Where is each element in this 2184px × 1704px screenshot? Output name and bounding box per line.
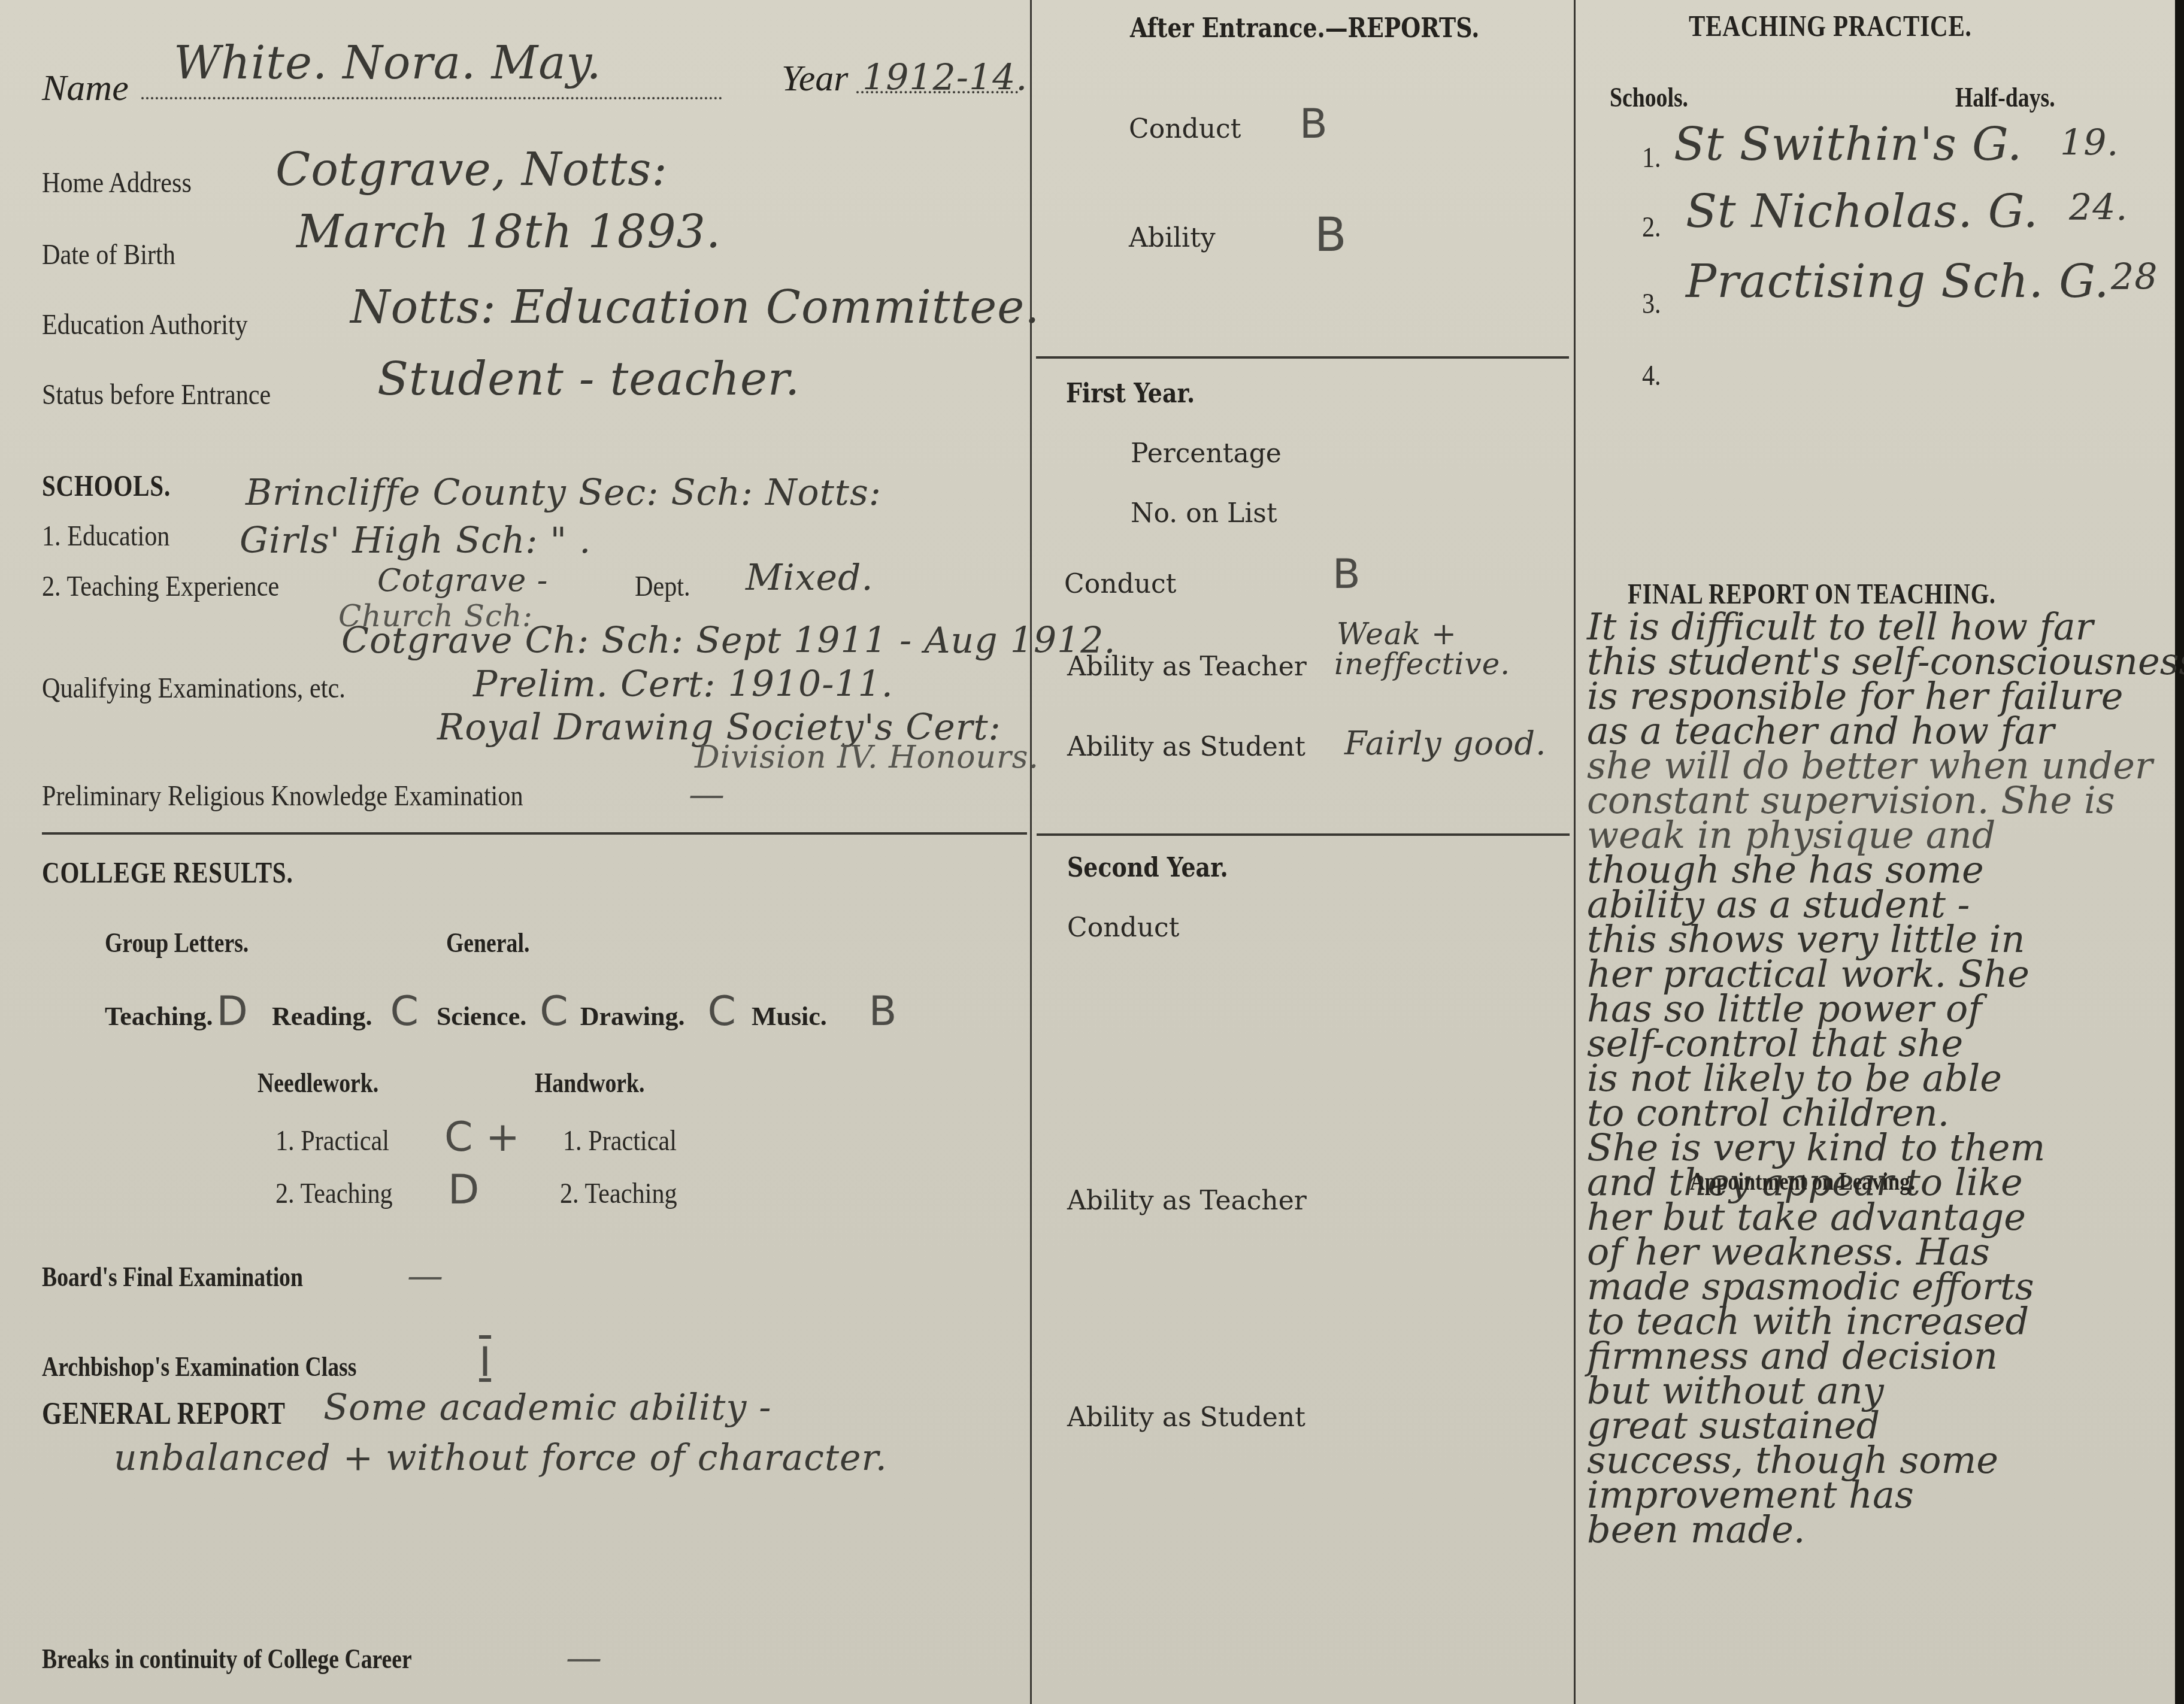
education-authority-label: Education Authority xyxy=(42,308,248,341)
practice-entry-number: 1. xyxy=(1642,141,1661,174)
practice-entry-half-days[interactable]: 24. xyxy=(2069,187,2128,229)
subject-music-grade[interactable]: B xyxy=(869,988,897,1035)
dept-value[interactable]: Mixed. xyxy=(746,557,873,599)
education-authority-value[interactable]: Notts: Education Committee. xyxy=(350,280,1040,333)
qualifying-value-line3[interactable]: Division IV. Honours. xyxy=(695,739,1039,775)
archbishop-exam-label: Archbishop's Examination Class xyxy=(42,1351,356,1382)
second-year-conduct-label: Conduct xyxy=(1067,912,1179,943)
subject-science-grade[interactable]: C xyxy=(540,988,568,1035)
subject-teaching-label: Teaching. xyxy=(105,1001,213,1032)
home-address-value[interactable]: Cotgrave, Notts: xyxy=(275,142,668,196)
qualifying-label: Qualifying Examinations, etc. xyxy=(42,672,346,705)
half-days-column-label: Half-days. xyxy=(1955,81,2055,113)
practice-entry-number: 4. xyxy=(1642,359,1661,392)
practice-entry-half-days[interactable]: 28 xyxy=(2111,256,2158,298)
name-label: Name xyxy=(42,67,129,110)
breaks-label: Breaks in continuity of College Career xyxy=(42,1643,412,1675)
subject-reading-label: Reading. xyxy=(272,1001,372,1032)
home-address-label: Home Address xyxy=(42,166,192,199)
name-field-line xyxy=(141,96,722,99)
first-year-conduct-label: Conduct xyxy=(1064,569,1176,599)
needlework-practical-grade[interactable]: C + xyxy=(444,1114,520,1161)
first-year-conduct-value[interactable]: B xyxy=(1332,551,1361,598)
second-year-heading: Second Year. xyxy=(1067,853,1228,883)
needlework-label: Needlework. xyxy=(258,1067,378,1099)
dept-label: Dept. xyxy=(635,570,690,603)
practice-entry-school[interactable]: Practising Sch. G. xyxy=(1686,254,2109,308)
second-year-ability-teacher-label: Ability as Teacher xyxy=(1067,1185,1307,1216)
entrance-ability-value[interactable]: B xyxy=(1314,208,1347,262)
schools-column-label: Schools. xyxy=(1610,81,1688,113)
subject-drawing-grade[interactable]: C xyxy=(707,988,735,1035)
needlework-teaching-label: 2. Teaching xyxy=(275,1177,393,1210)
reports-divider-2 xyxy=(1037,833,1570,836)
practice-entry-number: 3. xyxy=(1642,287,1661,320)
education-value-line2[interactable]: Girls' High Sch: " . xyxy=(240,520,591,562)
first-year-ability-teacher-label: Ability as Teacher xyxy=(1067,651,1307,682)
reports-heading: After Entrance.—REPORTS. xyxy=(1130,13,1479,44)
subject-science-label: Science. xyxy=(437,1001,526,1032)
education-label: 1. Education xyxy=(42,520,169,553)
qualifying-value-line1[interactable]: Prelim. Cert: 1910-11. xyxy=(473,663,893,705)
religious-exam-value[interactable]: — xyxy=(689,774,725,815)
subject-teaching-grade[interactable]: D xyxy=(217,988,248,1035)
boards-final-label: Board's Final Examination xyxy=(42,1261,303,1293)
general-report-line1[interactable]: Some academic ability - xyxy=(323,1387,772,1429)
left-divider xyxy=(42,832,1027,835)
year-value[interactable]: 1912-14. xyxy=(862,57,1028,99)
handwork-practical-label: 1. Practical xyxy=(563,1124,677,1157)
schools-heading: SCHOOLS. xyxy=(42,468,171,503)
entrance-conduct-value[interactable]: B xyxy=(1300,101,1328,148)
general-label: General. xyxy=(446,927,529,959)
college-results-heading: COLLEGE RESULTS. xyxy=(42,855,293,890)
first-year-heading: First Year. xyxy=(1066,378,1195,409)
name-value[interactable]: White. Nora. May. xyxy=(174,36,602,89)
first-year-ability-student-value[interactable]: Fairly good. xyxy=(1344,724,1546,762)
handwork-label: Handwork. xyxy=(535,1067,644,1099)
status-value[interactable]: Student - teacher. xyxy=(377,352,800,405)
second-year-ability-student-label: Ability as Student xyxy=(1067,1402,1305,1433)
religious-exam-label: Preliminary Religious Knowledge Examinat… xyxy=(42,780,523,812)
reports-divider-1 xyxy=(1036,356,1569,359)
general-report-line2[interactable]: unbalanced + without force of character. xyxy=(114,1437,887,1479)
first-year-no-on-list-label: No. on List xyxy=(1131,498,1277,529)
first-year-ability-student-label: Ability as Student xyxy=(1067,732,1305,762)
teaching-practice-heading: TEACHING PRACTICE. xyxy=(1689,8,1972,43)
first-year-percentage-label: Percentage xyxy=(1131,438,1282,469)
column-divider-left xyxy=(1030,0,1032,1704)
practice-entry-number: 2. xyxy=(1642,211,1661,244)
subject-drawing-label: Drawing. xyxy=(580,1001,685,1032)
teaching-experience-value-line1[interactable]: Cotgrave - xyxy=(377,563,548,599)
entrance-ability-label: Ability xyxy=(1129,223,1216,253)
subject-reading-grade[interactable]: C xyxy=(390,988,418,1035)
breaks-value[interactable]: — xyxy=(566,1637,602,1679)
handwork-teaching-label: 2. Teaching xyxy=(560,1177,677,1210)
archbishop-exam-value[interactable]: I xyxy=(479,1339,491,1386)
entrance-conduct-label: Conduct xyxy=(1129,114,1241,144)
teaching-experience-value-line3[interactable]: Cotgrave Ch: Sch: Sept 1911 - Aug 1912. xyxy=(341,620,1116,662)
practice-entry-school[interactable]: St Nicholas. G. xyxy=(1686,184,2038,238)
first-year-ability-teacher-line2[interactable]: ineffective. xyxy=(1334,647,1510,681)
practice-entry-half-days[interactable]: 19. xyxy=(2060,122,2119,164)
final-report-line: been made. xyxy=(1587,1512,2171,1547)
column-divider-right xyxy=(1574,0,1576,1704)
status-label: Status before Entrance xyxy=(42,378,271,411)
group-letters-label: Group Letters. xyxy=(105,927,249,959)
subject-grades-row: Teaching. D Reading. C Science. C Drawin… xyxy=(105,988,896,1035)
education-value-line1[interactable]: Brincliffe County Sec: Sch: Notts: xyxy=(246,472,882,514)
needlework-practical-label: 1. Practical xyxy=(275,1124,389,1157)
dob-label: Date of Birth xyxy=(42,238,175,271)
teaching-experience-label: 2. Teaching Experience xyxy=(42,570,279,603)
appointment-on-leaving-label: Appointment on Leaving. xyxy=(1690,1168,1915,1196)
boards-final-value[interactable]: — xyxy=(407,1255,444,1297)
subject-music-label: Music. xyxy=(752,1001,827,1032)
dob-value[interactable]: March 18th 1893. xyxy=(296,205,721,258)
card-edge-shadow xyxy=(2175,0,2184,1704)
practice-entry-school[interactable]: St Swithin's G. xyxy=(1674,117,2022,171)
year-label: Year xyxy=(781,57,848,100)
needlework-teaching-grade[interactable]: D xyxy=(448,1166,479,1214)
final-report-text: It is difficult to tell how farthis stud… xyxy=(1587,610,2171,1547)
general-report-label: GENERAL REPORT xyxy=(42,1396,286,1432)
